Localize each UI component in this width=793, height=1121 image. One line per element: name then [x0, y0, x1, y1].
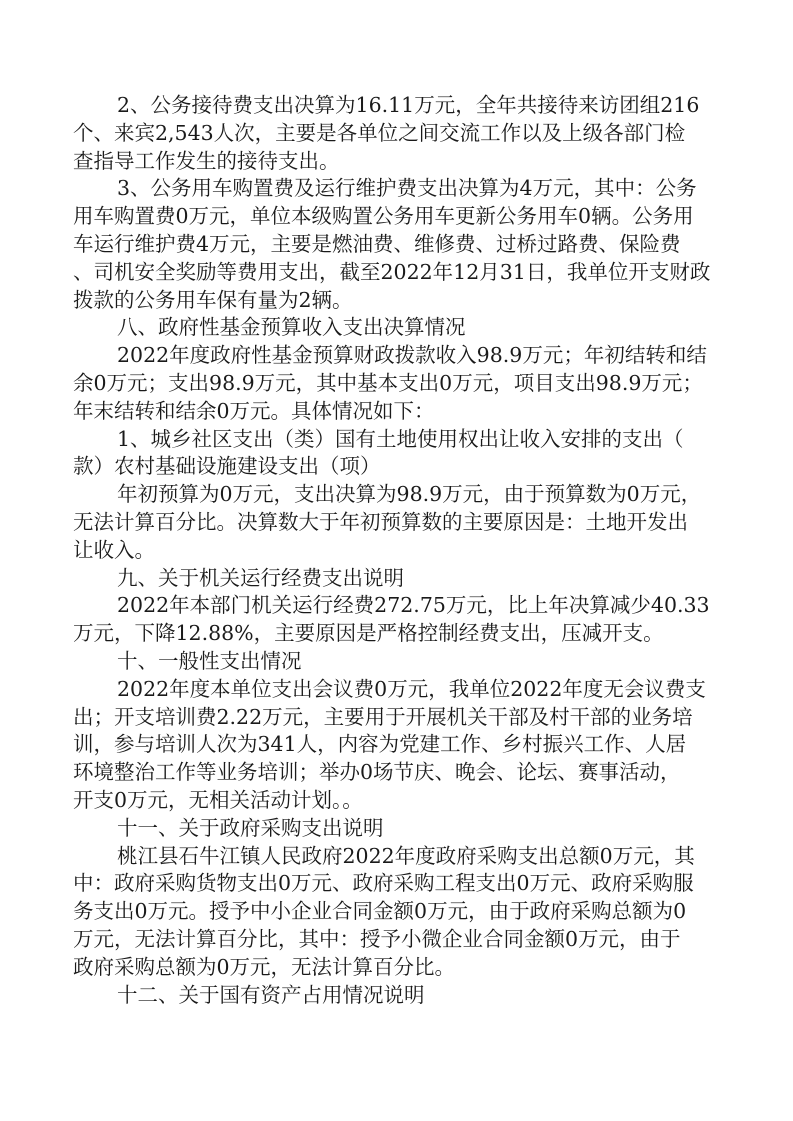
subsection-heading: 1、城乡社区支出（类）国有土地使用权出让收入安排的支出（: [73, 426, 703, 454]
section-heading: 九、关于机关运行经费支出说明: [73, 565, 703, 593]
paragraph-line: 万元，无法计算百分比，其中：授予小微企业合同金额0万元，由于: [73, 926, 703, 954]
paragraph-line: 个、来宾2,543人次，主要是各单位之间交流工作以及上级各部门检: [73, 120, 703, 148]
paragraph-line: 2、公务接待费支出决算为16.11万元，全年共接待来访团组216: [73, 92, 703, 120]
paragraph-line: 年初预算为0万元，支出决算为98.9万元，由于预算数为0万元，: [73, 481, 703, 509]
paragraph-line: 拨款的公务用车保有量为2辆。: [73, 287, 703, 315]
paragraph-line: 查指导工作发生的接待支出。: [73, 148, 703, 176]
subsection-heading: 款）农村基础设施建设支出（项）: [73, 453, 703, 481]
paragraph-line: 车运行维护费4万元，主要是燃油费、维修费、过桥过路费、保险费: [73, 231, 703, 259]
paragraph-line: 万元，下降12.88%，主要原因是严格控制经费支出，压减开支。: [73, 620, 703, 648]
paragraph-line: 2022年本部门机关运行经费272.75万元，比上年决算减少40.33: [73, 592, 703, 620]
paragraph-line: 环境整治工作等业务培训；举办0场节庆、晚会、论坛、赛事活动，: [73, 759, 703, 787]
paragraph-line: 开支0万元，无相关活动计划。。: [73, 787, 703, 815]
paragraph-line: 3、公务用车购置费及运行维护费支出决算为4万元，其中：公务: [73, 175, 703, 203]
section-heading: 八、政府性基金预算收入支出决算情况: [73, 314, 703, 342]
paragraph-line: 、司机安全奖励等费用支出，截至2022年12月31日，我单位开支财政: [73, 259, 703, 287]
paragraph-line: 务支出0万元。授予中小企业合同金额0万元，由于政府采购总额为0: [73, 898, 703, 926]
paragraph-line: 政府采购总额为0万元，无法计算百分比。: [73, 954, 703, 982]
section-heading: 十一、关于政府采购支出说明: [73, 815, 703, 843]
paragraph-line: 训，参与培训人次为341人，内容为党建工作、乡村振兴工作、人居: [73, 731, 703, 759]
paragraph-line: 用车购置费0万元，单位本级购置公务用车更新公务用车0辆。公务用: [73, 203, 703, 231]
paragraph-line: 让收入。: [73, 537, 703, 565]
paragraph-line: 无法计算百分比。决算数大于年初预算数的主要原因是：土地开发出: [73, 509, 703, 537]
paragraph-line: 余0万元；支出98.9万元，其中基本支出0万元，项目支出98.9万元；: [73, 370, 703, 398]
paragraph-line: 出；开支培训费2.22万元，主要用于开展机关干部及村干部的业务培: [73, 704, 703, 732]
document-page: 2、公务接待费支出决算为16.11万元，全年共接待来访团组216 个、来宾2,5…: [73, 92, 703, 1009]
paragraph-line: 2022年度本单位支出会议费0万元，我单位2022年度无会议费支: [73, 676, 703, 704]
paragraph-line: 2022年度政府性基金预算财政拨款收入98.9万元；年初结转和结: [73, 342, 703, 370]
section-heading: 十二、关于国有资产占用情况说明: [73, 982, 703, 1010]
paragraph-line: 桃江县石牛江镇人民政府2022年度政府采购支出总额0万元，其: [73, 843, 703, 871]
paragraph-line: 年末结转和结余0万元。具体情况如下：: [73, 398, 703, 426]
paragraph-line: 中：政府采购货物支出0万元、政府采购工程支出0万元、政府采购服: [73, 870, 703, 898]
section-heading: 十、一般性支出情况: [73, 648, 703, 676]
